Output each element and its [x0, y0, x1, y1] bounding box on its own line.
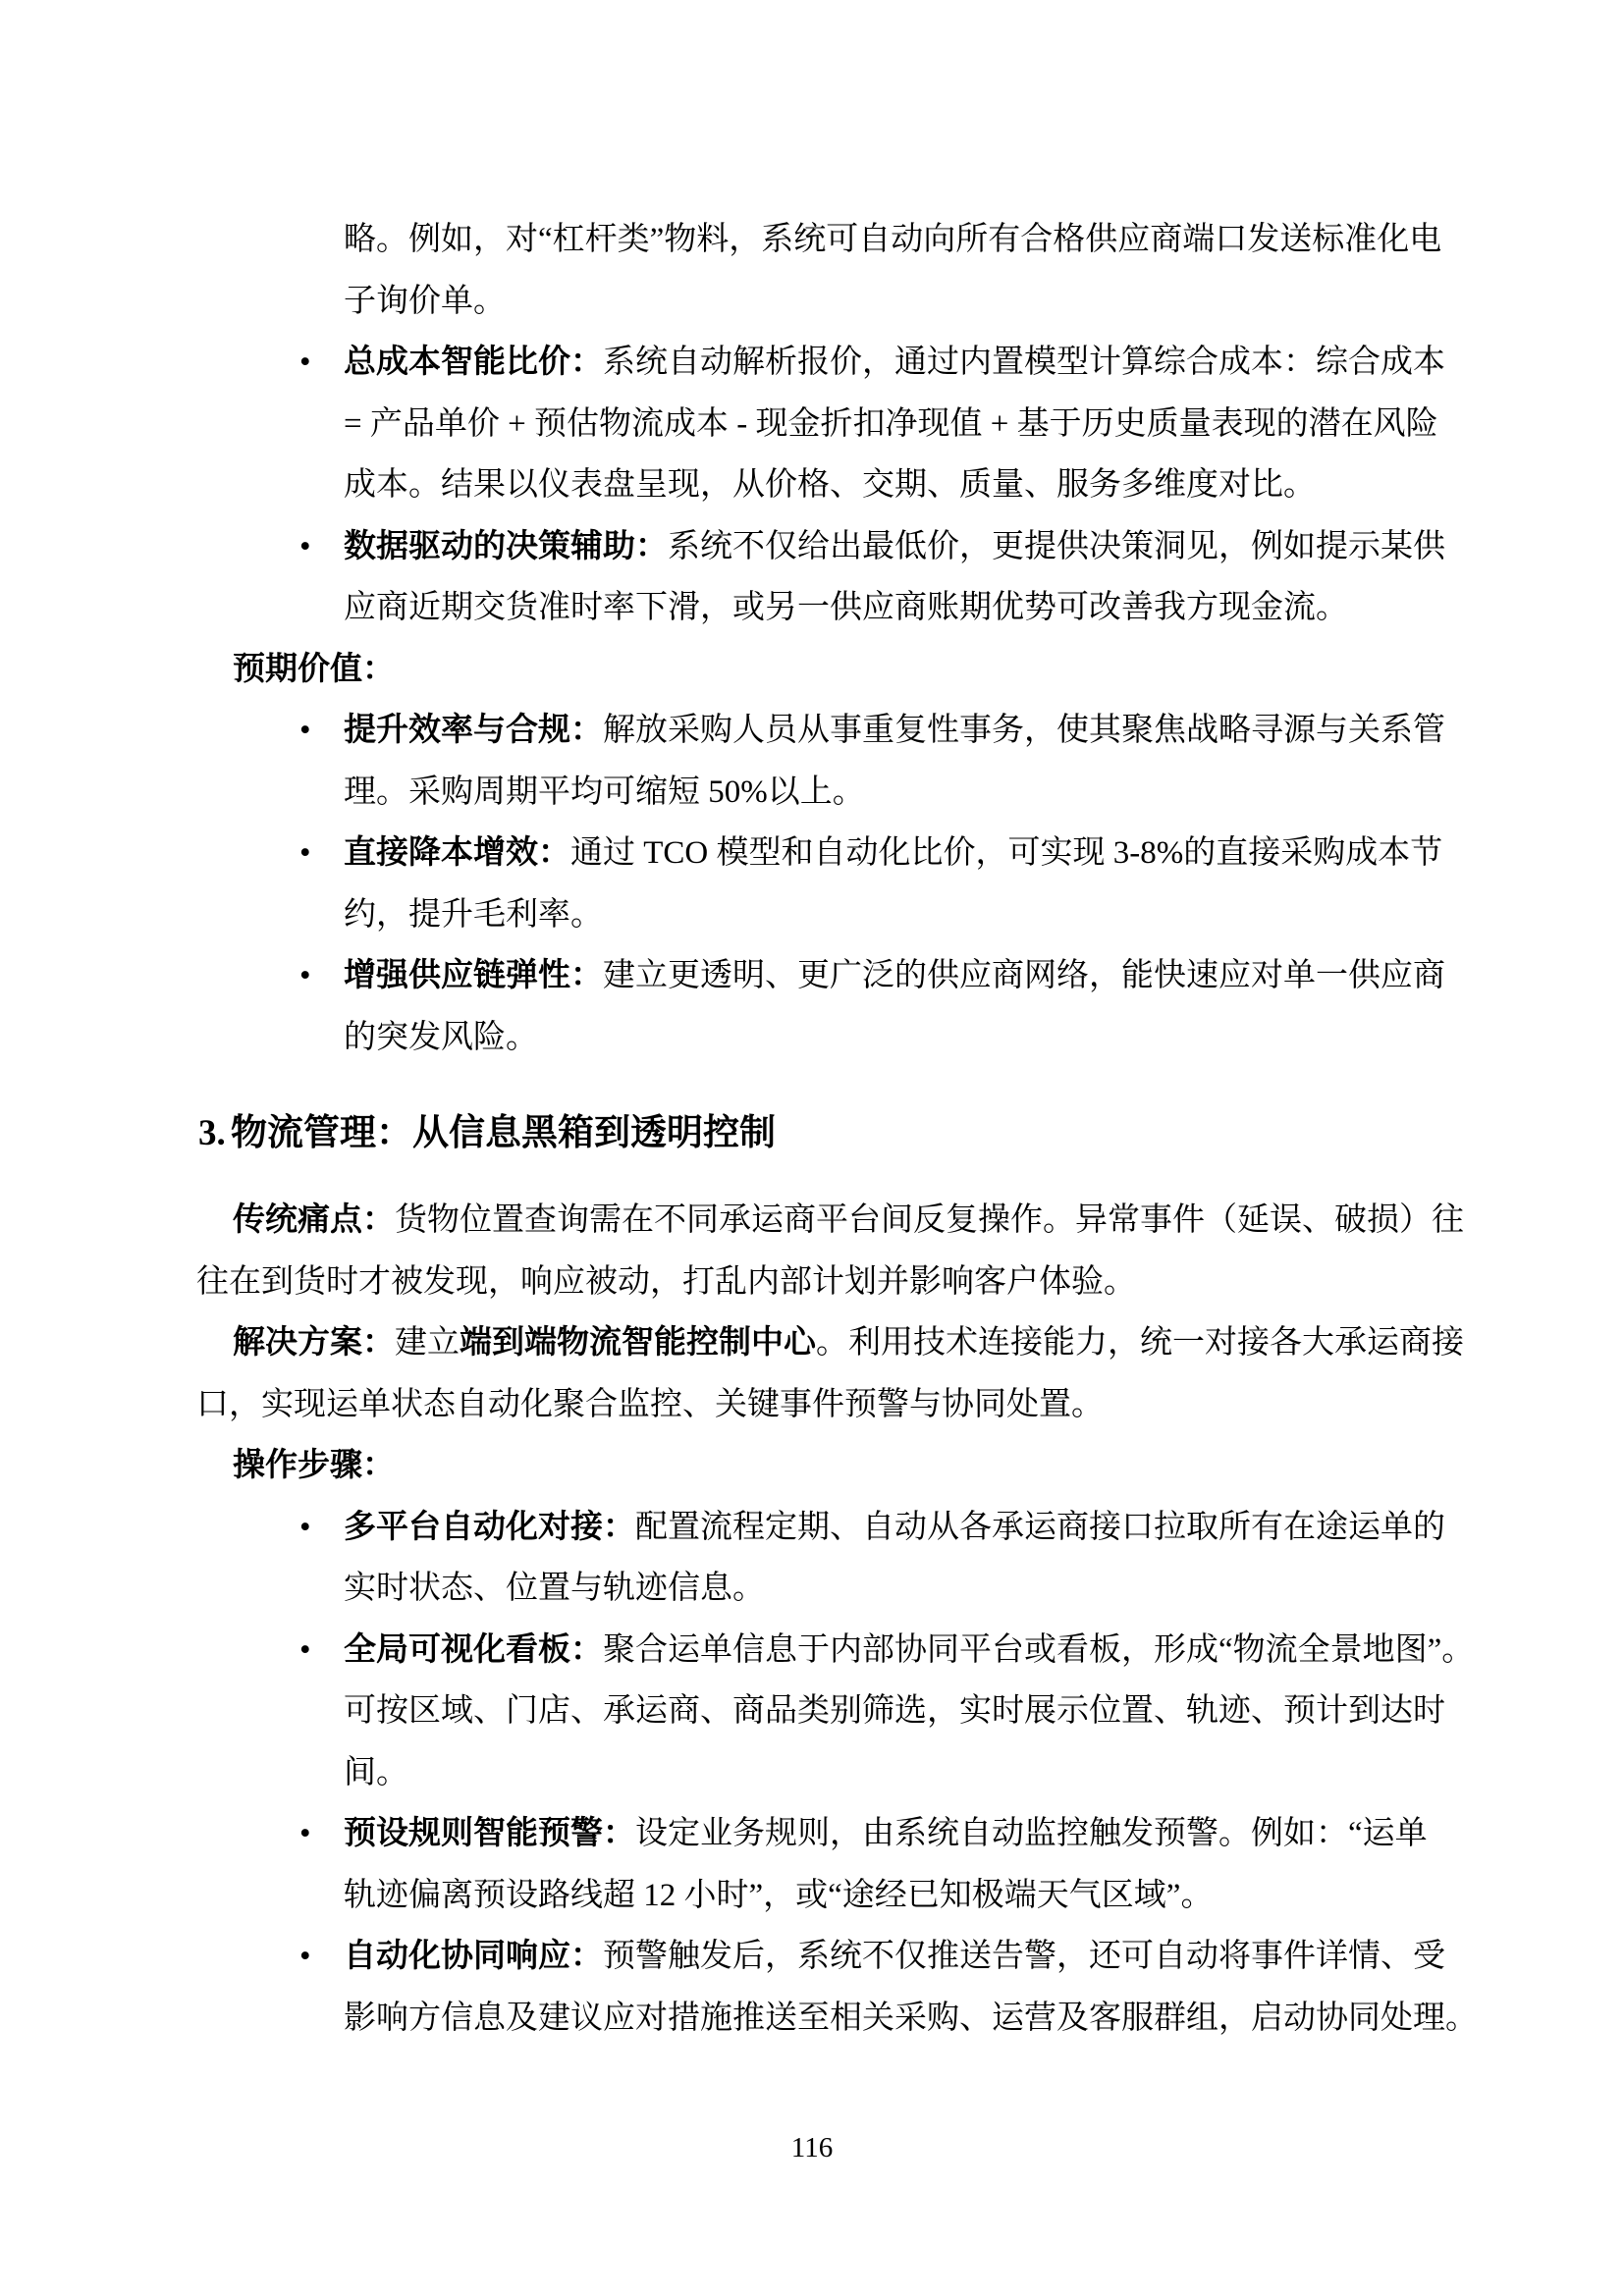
document-body: 略。例如，对“杠杆类”物料，系统可自动向所有合格供应商端口发送标准化电 子询价单…: [196, 209, 1432, 2049]
body-text: 建立: [395, 1325, 460, 1361]
bullet-term: 预设规则智能预警：: [344, 1816, 635, 1851]
paragraph-solution-line: 解决方案：建立端到端物流智能控制中心。利用技术连接能力，统一对接各大承运商接: [196, 1312, 1432, 1374]
paragraph-continuation-line: 略。例如，对“杠杆类”物料，系统可自动向所有合格供应商端口发送标准化电: [196, 209, 1432, 271]
body-text: 轨迹偏离预设路线超 12 小时”，或“途经已知极端天气区域”。: [344, 1878, 1213, 1913]
bullet-line: 约，提升毛利率。: [196, 884, 1432, 946]
body-text: 成本。结果以仪表盘呈现，从价格、交期、质量、服务多维度对比。: [344, 467, 1316, 503]
bullet-item-rule-alert: •预设规则智能预警：设定业务规则，由系统自动监控触发预警。例如：“运单: [196, 1803, 1432, 1865]
bullet-term: 总成本智能比价：: [344, 345, 603, 380]
bullet-item-cost-saving: •直接降本增效：通过 TCO 模型和自动化比价，可实现 3-8%的直接采购成本节: [196, 823, 1432, 884]
body-text: 配置流程定期、自动从各承运商接口拉取所有在途运单的: [635, 1510, 1445, 1545]
bullet-icon: •: [299, 1497, 311, 1559]
bullet-term: 直接降本增效：: [344, 835, 570, 871]
body-text: 略。例如，对“杠杆类”物料，系统可自动向所有合格供应商端口发送标准化电: [344, 222, 1441, 257]
bullet-icon: •: [299, 945, 311, 1007]
body-text: 的突发风险。: [344, 1020, 538, 1055]
section-heading-logistics: 3.物流管理：从信息黑箱到透明控制: [196, 1099, 1432, 1168]
bullet-term: 增强供应链弹性：: [344, 958, 603, 993]
body-text: 通过 TCO 模型和自动化比价，可实现 3-8%的直接采购成本节: [570, 835, 1442, 871]
bullet-line: 影响方信息及建议应对措施推送至相关采购、运营及客服群组，启动协同处理。: [196, 1988, 1432, 2050]
document-page: 略。例如，对“杠杆类”物料，系统可自动向所有合格供应商端口发送标准化电 子询价单…: [0, 0, 1624, 2296]
body-text: = 产品单价 + 预估物流成本 - 现金折扣净现值 + 基于历史质量表现的潜在风…: [344, 406, 1438, 442]
body-text: 设定业务规则，由系统自动监控触发预警。例如：“运单: [635, 1816, 1428, 1851]
bullet-line: 实时状态、位置与轨迹信息。: [196, 1558, 1432, 1620]
body-text: 预警触发后，系统不仅推送告警，还可自动将事件详情、受: [603, 1939, 1445, 1974]
body-text: 子询价单。: [344, 284, 506, 319]
bullet-line: 轨迹偏离预设路线超 12 小时”，或“途经已知极端天气区域”。: [196, 1865, 1432, 1927]
bullet-term: 自动化协同响应：: [344, 1939, 603, 1974]
bullet-line: 理。采购周期平均可缩短 50%以上。: [196, 762, 1432, 824]
body-text: 往在到货时才被发现，响应被动，打乱内部计划并影响客户体验。: [196, 1264, 1136, 1300]
subheading-text: 操作步骤：: [233, 1448, 395, 1483]
bullet-term: 全局可视化看板：: [344, 1632, 603, 1668]
body-text: 口，实现运单状态自动化聚合监控、关键事件预警与协同处置。: [196, 1387, 1104, 1422]
body-text: 解放采购人员从事重复性事务，使其聚焦战略寻源与关系管: [603, 713, 1445, 748]
body-text: 。利用技术连接能力，统一对接各大承运商接: [816, 1325, 1464, 1361]
body-text: 应商近期交货准时率下滑，或另一供应商账期优势可改善我方现金流。: [344, 590, 1348, 625]
subheading-operation-steps: 操作步骤：: [196, 1435, 1432, 1497]
body-text: 货物位置查询需在不同承运商平台间反复操作。异常事件（延误、破损）往: [395, 1202, 1464, 1238]
body-text: 聚合运单信息于内部协同平台或看板，形成“物流全景地图”。: [603, 1632, 1474, 1668]
bullet-icon: •: [299, 823, 311, 884]
body-text: 间。: [344, 1755, 408, 1790]
body-text: 系统自动解析报价，通过内置模型计算综合成本：综合成本: [603, 345, 1445, 380]
paragraph-pain-point-line: 传统痛点：货物位置查询需在不同承运商平台间反复操作。异常事件（延误、破损）往: [196, 1190, 1432, 1252]
bullet-line: 间。: [196, 1742, 1432, 1804]
bullet-item-dashboard: •全局可视化看板：聚合运单信息于内部协同平台或看板，形成“物流全景地图”。: [196, 1620, 1432, 1682]
bullet-line: 成本。结果以仪表盘呈现，从价格、交期、质量、服务多维度对比。: [196, 454, 1432, 516]
page-number: 116: [0, 2132, 1624, 2164]
body-text: 可按区域、门店、承运商、商品类别筛选，实时展示位置、轨迹、预计到达时: [344, 1693, 1445, 1729]
subheading-text: 预期价值：: [233, 652, 395, 687]
bullet-icon: •: [299, 332, 311, 394]
bullet-icon: •: [299, 1620, 311, 1682]
bullet-icon: •: [299, 700, 311, 762]
bullet-item-total-cost: •总成本智能比价：系统自动解析报价，通过内置模型计算综合成本：综合成本: [196, 332, 1432, 394]
body-text: 系统不仅给出最低价，更提供决策洞见，例如提示某供: [668, 529, 1445, 564]
body-text: 影响方信息及建议应对措施推送至相关采购、运营及客服群组，启动协同处理。: [344, 2001, 1478, 2036]
bullet-term: 提升效率与合规：: [344, 713, 603, 748]
bullet-line: 可按区域、门店、承运商、商品类别筛选，实时展示位置、轨迹、预计到达时: [196, 1681, 1432, 1742]
bullet-item-data-driven: •数据驱动的决策辅助：系统不仅给出最低价，更提供决策洞见，例如提示某供: [196, 516, 1432, 578]
paragraph-pain-point-line: 往在到货时才被发现，响应被动，打乱内部计划并影响客户体验。: [196, 1252, 1432, 1313]
bullet-icon: •: [299, 516, 311, 578]
bullet-line: 应商近期交货准时率下滑，或另一供应商账期优势可改善我方现金流。: [196, 577, 1432, 639]
bullet-term: 多平台自动化对接：: [344, 1510, 635, 1545]
subheading-expected-value: 预期价值：: [196, 639, 1432, 701]
section-number: 3.: [196, 1099, 231, 1168]
bullet-line: 的突发风险。: [196, 1007, 1432, 1069]
bullet-item-supply-chain-resilience: •增强供应链弹性：建立更透明、更广泛的供应商网络，能快速应对单一供应商: [196, 945, 1432, 1007]
bullet-item-efficiency: •提升效率与合规：解放采购人员从事重复性事务，使其聚焦战略寻源与关系管: [196, 700, 1432, 762]
bullet-item-auto-response: •自动化协同响应：预警触发后，系统不仅推送告警，还可自动将事件详情、受: [196, 1926, 1432, 1988]
paragraph-term: 传统痛点：: [233, 1202, 395, 1238]
body-text: 理。采购周期平均可缩短 50%以上。: [344, 774, 865, 810]
bullet-line: = 产品单价 + 预估物流成本 - 现金折扣净现值 + 基于历史质量表现的潜在风…: [196, 394, 1432, 455]
section-title: 物流管理：从信息黑箱到透明控制: [231, 1113, 776, 1153]
bullet-icon: •: [299, 1803, 311, 1865]
bullet-item-multi-platform: •多平台自动化对接：配置流程定期、自动从各承运商接口拉取所有在途运单的: [196, 1497, 1432, 1559]
bullet-icon: •: [299, 1926, 311, 1988]
body-text: 实时状态、位置与轨迹信息。: [344, 1571, 765, 1606]
emphasized-text: 端到端物流智能控制中心: [460, 1325, 816, 1361]
paragraph-solution-line: 口，实现运单状态自动化聚合监控、关键事件预警与协同处置。: [196, 1374, 1432, 1436]
body-text: 建立更透明、更广泛的供应商网络，能快速应对单一供应商: [603, 958, 1445, 993]
paragraph-term: 解决方案：: [233, 1325, 395, 1361]
paragraph-continuation-line: 子询价单。: [196, 271, 1432, 333]
bullet-term: 数据驱动的决策辅助：: [344, 529, 668, 564]
body-text: 约，提升毛利率。: [344, 897, 603, 933]
